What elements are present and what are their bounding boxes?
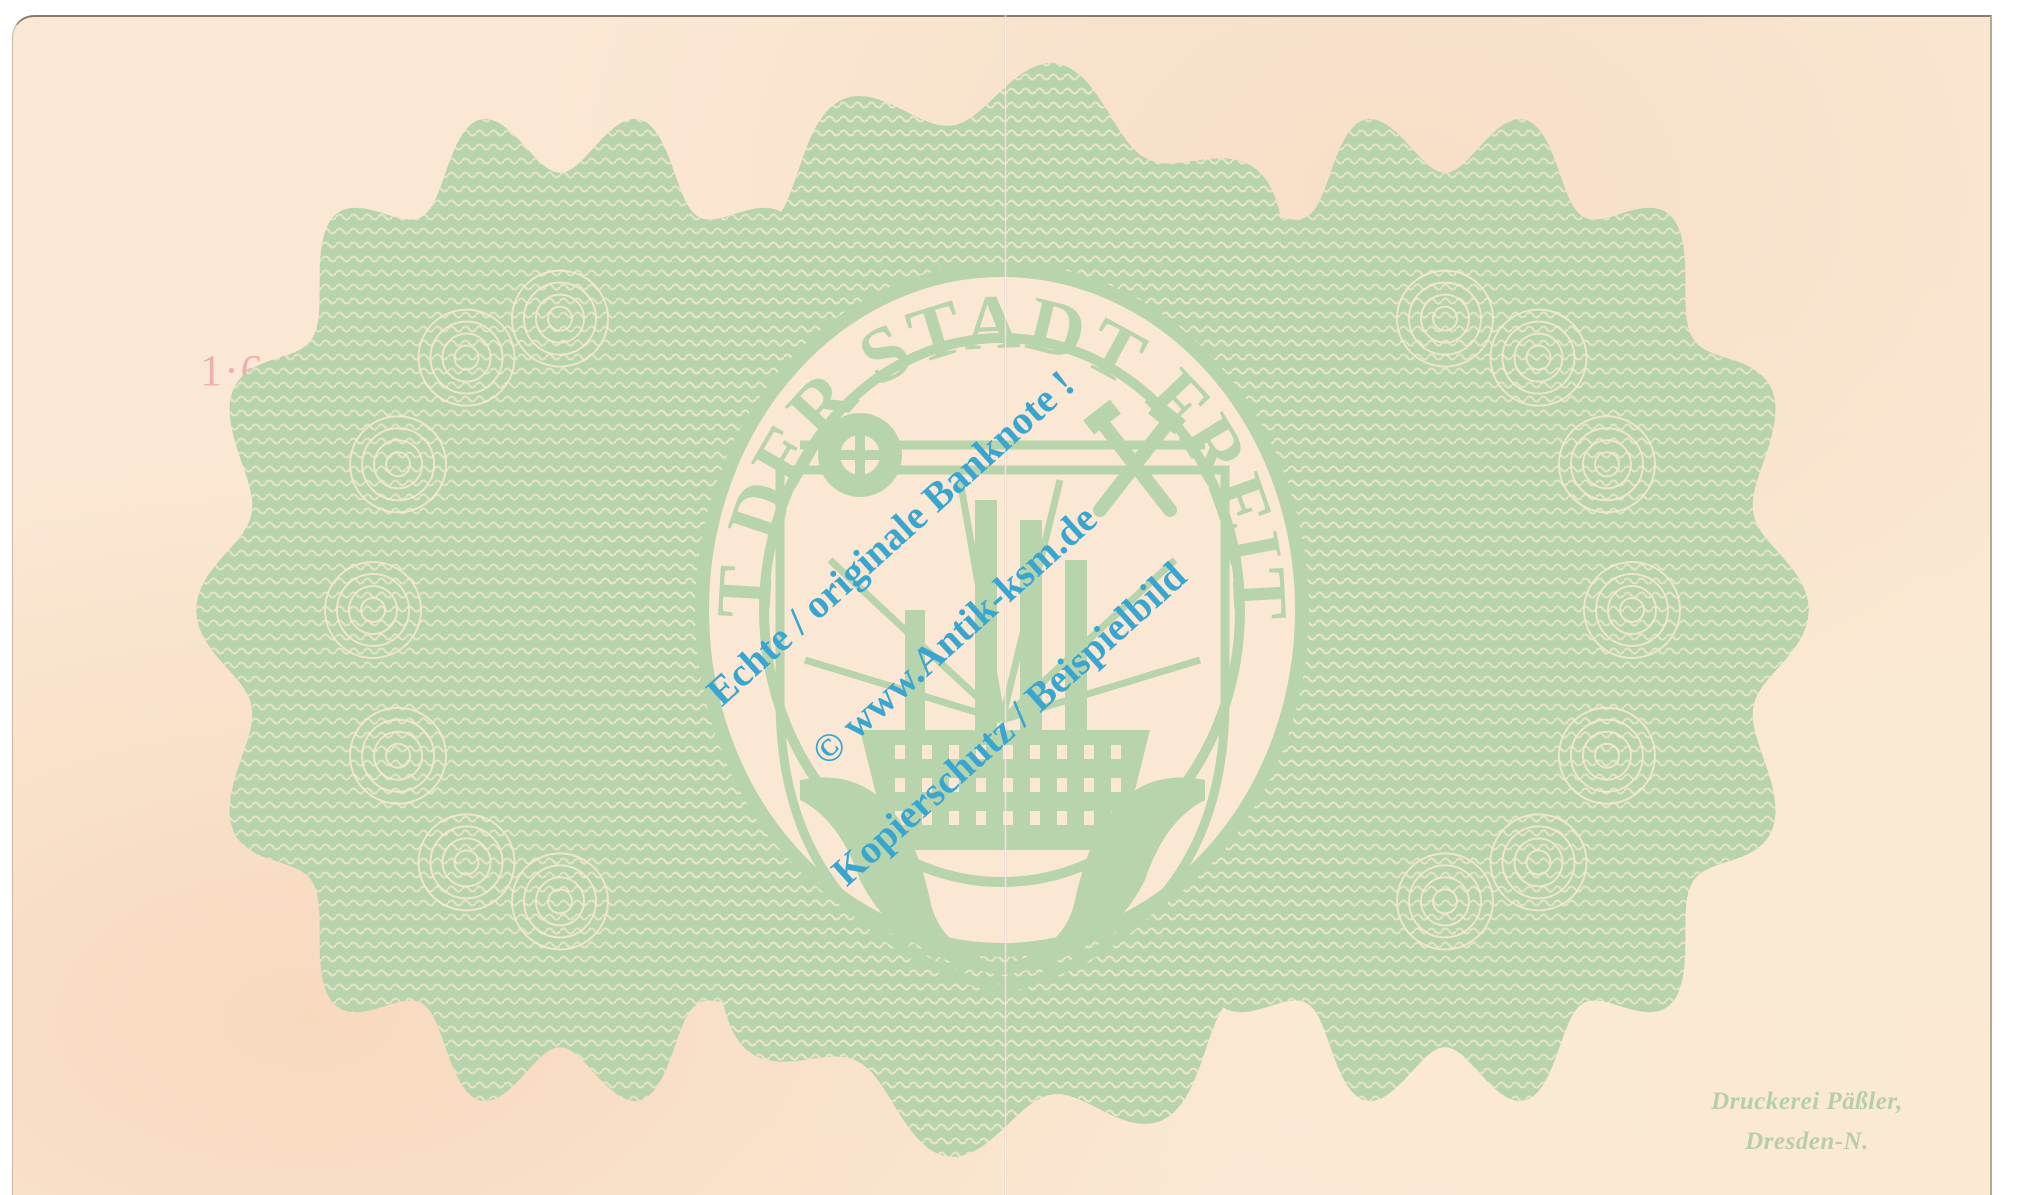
printer-name: Druckerei Päßler, [1657, 1082, 1957, 1122]
printer-imprint: Druckerei Päßler, Dresden-N. [1657, 1082, 1957, 1162]
printer-city: Dresden-N. [1657, 1122, 1957, 1162]
gear-icon [818, 413, 902, 497]
